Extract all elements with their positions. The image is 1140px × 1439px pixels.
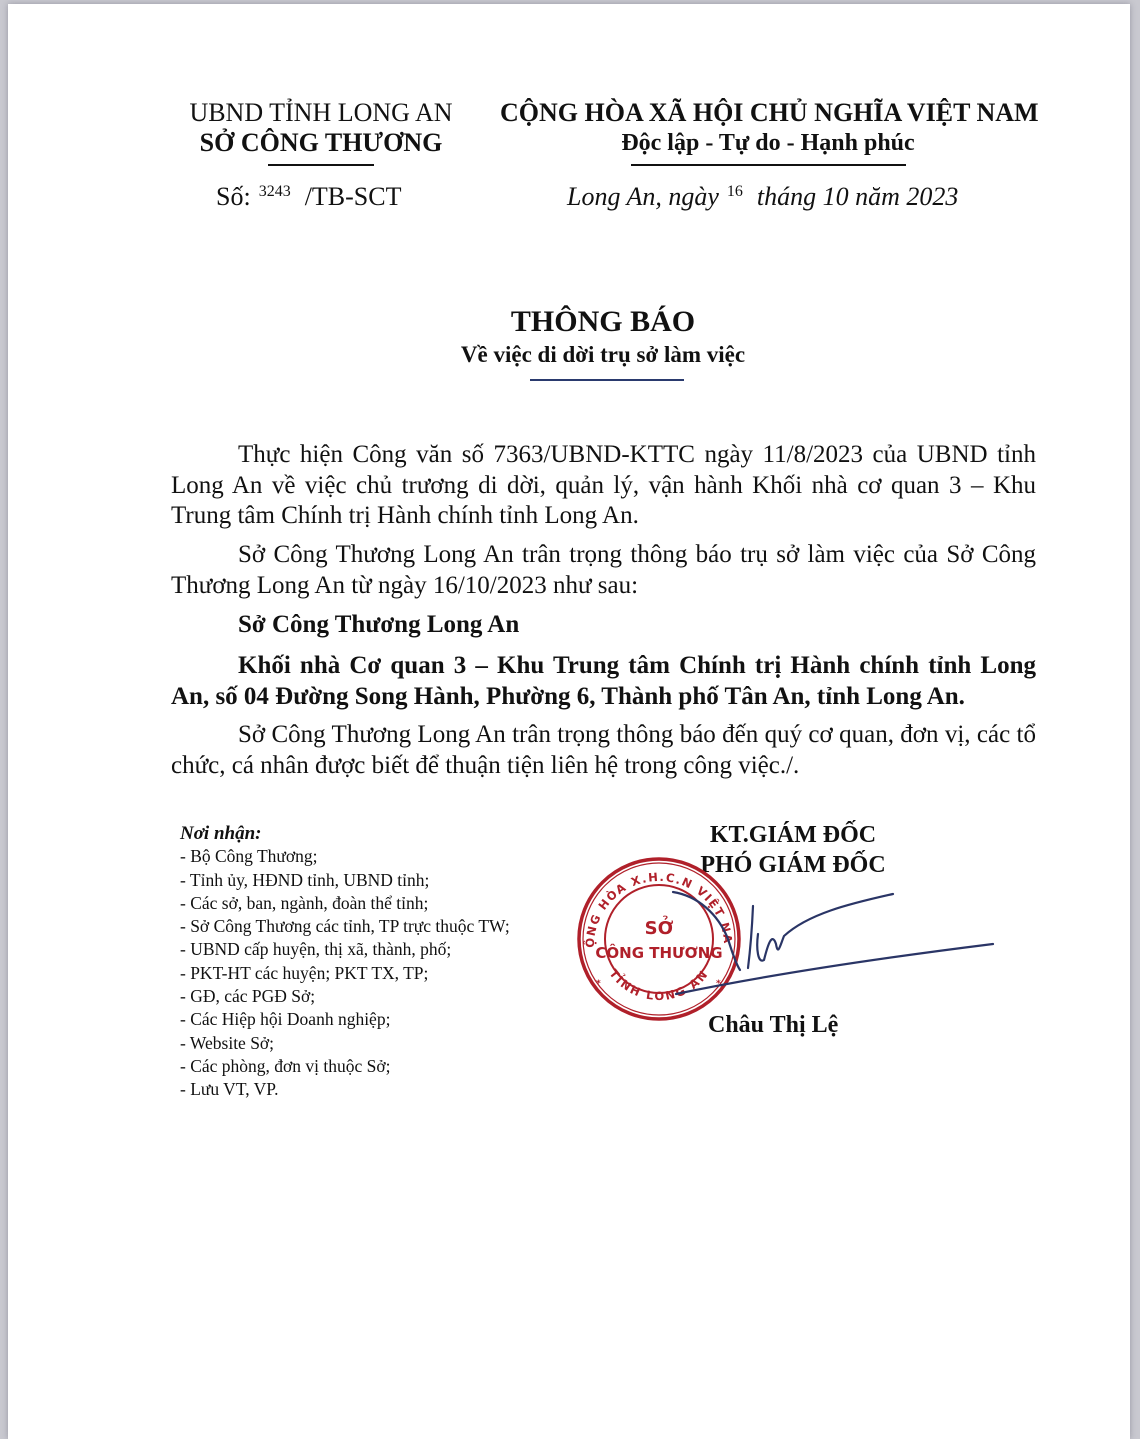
recipient-item: - Website Sở; — [180, 1032, 580, 1055]
recipients-list: Nơi nhận: - Bộ Công Thương; - Tỉnh ủy, H… — [180, 822, 580, 1102]
date-suffix: tháng 10 năm 2023 — [757, 182, 959, 211]
national-header: CỘNG HÒA XÃ HỘI CHỦ NGHĨA VIỆT NAM Độc l… — [500, 98, 1036, 166]
paragraph-3: Sở Công Thương Long An — [171, 610, 1036, 641]
handwritten-signature-icon — [668, 884, 998, 1004]
paragraph-4: Khối nhà Cơ quan 3 – Khu Trung tâm Chính… — [171, 651, 1036, 712]
document-subtitle: Về việc di dời trụ sở làm việc — [158, 342, 1048, 368]
recipient-item: - Các Hiệp hội Doanh nghiệp; — [180, 1008, 580, 1031]
number-prefix: Số: — [216, 182, 251, 211]
document-number: Số:3243/TB-SCT — [216, 182, 401, 212]
date-day: 16 — [727, 183, 743, 200]
paragraph-1-text: Thực hiện Công văn số 7363/UBND-KTTC ngà… — [171, 441, 1036, 529]
recipient-item: - UBND cấp huyện, thị xã, thành, phố; — [180, 938, 580, 961]
recipient-item: - PKT-HT các huyện; PKT TX, TP; — [180, 962, 580, 985]
issuer-authority: UBND TỈNH LONG AN — [158, 98, 484, 128]
recipient-item: - Lưu VT, VP. — [180, 1078, 580, 1101]
signature-title-1: KT.GIÁM ĐỐC — [668, 820, 918, 850]
number-value: 3243 — [259, 183, 291, 200]
paragraph-3-text: Sở Công Thương Long An — [238, 611, 519, 638]
paragraph-2-text: Sở Công Thương Long An trân trọng thông … — [171, 541, 1036, 599]
signer-name: Châu Thị Lệ — [708, 1012, 838, 1039]
recipient-item: - Các sở, ban, ngành, đoàn thể tỉnh; — [180, 892, 580, 915]
paragraph-5-text: Sở Công Thương Long An trân trọng thông … — [171, 721, 1036, 779]
recipient-item: - Sở Công Thương các tỉnh, TP trực thuộc… — [180, 915, 580, 938]
document-title: THÔNG BÁO — [158, 305, 1048, 339]
recipient-item: - Bộ Công Thương; — [180, 845, 580, 868]
country-name: CỘNG HÒA XÃ HỘI CHỦ NGHĨA VIỆT NAM — [500, 98, 1036, 128]
issuer-agency: SỞ CÔNG THƯƠNG — [158, 128, 484, 158]
national-motto: Độc lập - Tự do - Hạnh phúc — [500, 128, 1036, 158]
recipients-label: Nơi nhận: — [180, 822, 580, 845]
paragraph-2: Sở Công Thương Long An trân trọng thông … — [171, 540, 1036, 601]
issuer-rule — [268, 164, 374, 166]
title-rule — [530, 379, 684, 381]
document-page: UBND TỈNH LONG AN SỞ CÔNG THƯƠNG CỘNG HÒ… — [8, 4, 1130, 1439]
paragraph-1: Thực hiện Công văn số 7363/UBND-KTTC ngà… — [171, 440, 1036, 532]
recipient-item: - GĐ, các PGĐ Sở; — [180, 985, 580, 1008]
issuer-header: UBND TỈNH LONG AN SỞ CÔNG THƯƠNG — [158, 98, 484, 166]
paragraph-4-text: Khối nhà Cơ quan 3 – Khu Trung tâm Chính… — [171, 652, 1036, 710]
motto-rule — [631, 164, 906, 166]
paragraph-5: Sở Công Thương Long An trân trọng thông … — [171, 720, 1036, 781]
recipient-item: - Các phòng, đơn vị thuộc Sở; — [180, 1055, 580, 1078]
number-suffix: /TB-SCT — [305, 182, 402, 211]
document-date: Long An, ngày16tháng 10 năm 2023 — [567, 182, 958, 212]
date-prefix: Long An, ngày — [567, 182, 719, 211]
recipient-item: - Tỉnh ủy, HĐND tỉnh, UBND tỉnh; — [180, 869, 580, 892]
svg-text:*: * — [596, 979, 601, 989]
